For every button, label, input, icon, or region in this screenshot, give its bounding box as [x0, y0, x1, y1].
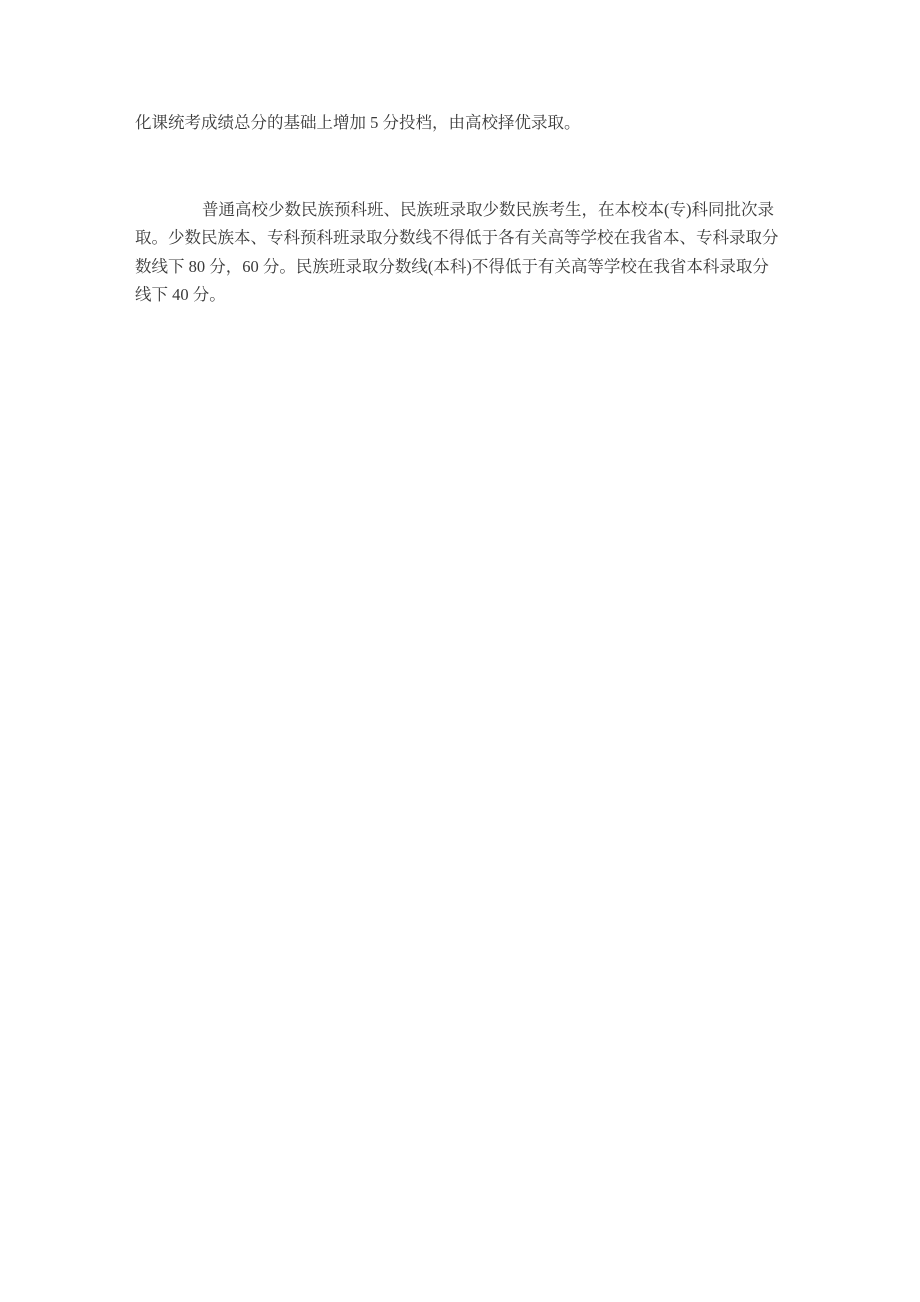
text-line: 取。少数民族本、专科预科班录取分数线不得低于各有关高等学校在我省本、专科录取分	[135, 224, 785, 253]
text-line: 数线下 80 分，60 分。民族班录取分数线(本科)不得低于有关高等学校在我省本…	[135, 253, 785, 282]
paragraph-tail: 化课统考成绩总分的基础上增加 5 分投档，由高校择优录取。	[135, 109, 785, 138]
text-line: 化课统考成绩总分的基础上增加 5 分投档，由高校择优录取。	[135, 109, 785, 138]
document-page: 化课统考成绩总分的基础上增加 5 分投档，由高校择优录取。 普通高校少数民族预科…	[0, 0, 920, 1302]
text-line: 普通高校少数民族预科班、民族班录取少数民族考生，在本校本(专)科同批次录	[135, 196, 785, 225]
text-line: 线下 40 分。	[135, 281, 785, 310]
paragraph-minority-admission: 普通高校少数民族预科班、民族班录取少数民族考生，在本校本(专)科同批次录 取。少…	[135, 196, 785, 310]
